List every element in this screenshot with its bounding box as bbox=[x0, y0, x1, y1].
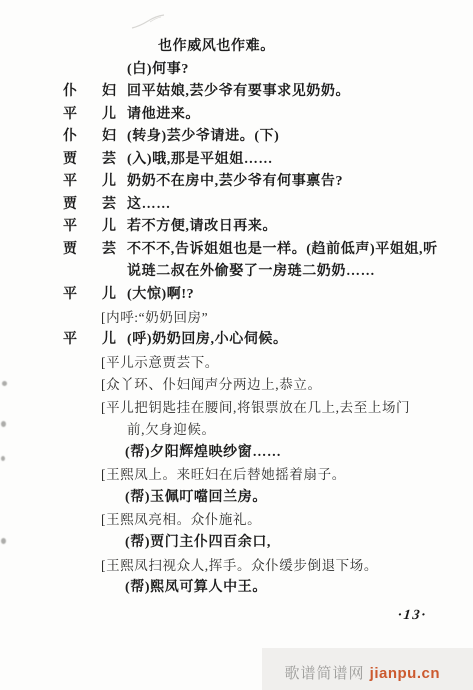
line-text: 请他进来。 bbox=[127, 104, 200, 127]
line-text: 回平姑娘,芸少爷有要事求见奶奶。 bbox=[127, 81, 350, 104]
script-line: (白)何事? bbox=[0, 59, 473, 82]
script-line: 贾芸 这…… bbox=[0, 194, 473, 217]
script-line: 平儿 请他进来。 bbox=[0, 104, 473, 127]
line-text: (入)哦,那是平姐姐…… bbox=[127, 149, 273, 172]
script-line: [王熙凤扫视众人,挥手。众仆缓步倒退下场。 bbox=[0, 555, 473, 578]
script-line: [王熙凤上。来旺妇在后替她摇着扇子。 bbox=[0, 464, 473, 487]
script-line: [众丫环、仆妇闻声分两边上,恭立。 bbox=[0, 374, 473, 397]
script-line: 说琏二叔在外偷娶了一房琏二奶奶…… bbox=[0, 261, 473, 284]
line-text: 这…… bbox=[127, 194, 171, 217]
line-text: [王熙凤扫视众人,挥手。众仆缓步倒退下场。 bbox=[101, 555, 378, 578]
line-text: [王熙凤上。来旺妇在后替她摇着扇子。 bbox=[101, 464, 346, 487]
script-line: (帮)玉佩叮噹回兰房。 bbox=[0, 487, 473, 510]
line-text: (帮)玉佩叮噹回兰房。 bbox=[125, 487, 267, 510]
line-text: (帮)贾门主仆四百余口, bbox=[125, 532, 271, 555]
line-text: [内呼:“奶奶回房” bbox=[101, 307, 208, 330]
line-text: 不不不,告诉姐姐也是一样。(趋前低声)平姐姐,听 bbox=[127, 239, 438, 262]
script-line: (帮)夕阳辉煌映纱窗…… bbox=[0, 442, 473, 465]
script-line: [平儿示意贾芸下。 bbox=[0, 352, 473, 375]
script-line: 贾芸 不不不,告诉姐姐也是一样。(趋前低声)平姐姐,听 bbox=[0, 239, 473, 262]
script-line: 平儿 奶奶不在房中,芸少爷有何事禀告? bbox=[0, 171, 473, 194]
script-line: [王熙凤亮相。众仆施礼。 bbox=[0, 509, 473, 532]
script-line: 平儿 (呼)奶奶回房,小心伺候。 bbox=[0, 329, 473, 352]
script-body: 也作威风也作难。 (白)何事? 仆妇 回平姑娘,芸少爷有要事求见奶奶。 平儿 请… bbox=[0, 36, 473, 600]
watermark-site-name: 歌谱简谱网 bbox=[284, 665, 369, 682]
pencil-squiggle-mark bbox=[130, 12, 170, 32]
line-text: [众丫环、仆妇闻声分两边上,恭立。 bbox=[101, 374, 322, 397]
line-text: (白)何事? bbox=[127, 59, 189, 82]
script-line: 前,欠身迎候。 bbox=[0, 419, 473, 442]
line-text: 奶奶不在房中,芸少爷有何事禀告? bbox=[127, 171, 343, 194]
script-line: 平儿 (大惊)啊!? bbox=[0, 284, 473, 307]
page-number: ·13· bbox=[397, 608, 445, 624]
line-text: (呼)奶奶回房,小心伺候。 bbox=[127, 329, 288, 352]
line-text: (大惊)啊!? bbox=[127, 284, 194, 307]
script-line: 仆妇 (转身)芸少爷请进。(下) bbox=[0, 126, 473, 149]
line-text: 若不方便,请改日再来。 bbox=[127, 216, 277, 239]
script-line: 也作威风也作难。 bbox=[0, 36, 473, 59]
line-text: [平儿示意贾芸下。 bbox=[101, 352, 219, 375]
script-line: (帮)熙凤可算人中王。 bbox=[0, 577, 473, 600]
line-text: (转身)芸少爷请进。(下) bbox=[127, 126, 279, 149]
line-text: (帮)熙凤可算人中王。 bbox=[125, 577, 267, 600]
script-line: [平儿把钥匙挂在腰间,将银票放在几上,去至上场门 bbox=[0, 397, 473, 420]
line-text: [平儿把钥匙挂在腰间,将银票放在几上,去至上场门 bbox=[101, 397, 410, 420]
watermark-site-url: jianpu.cn bbox=[370, 665, 440, 682]
watermark: 歌谱简谱网 jianpu.cn bbox=[284, 662, 440, 683]
script-line: 平儿 若不方便,请改日再来。 bbox=[0, 216, 473, 239]
line-text: 也作威风也作难。 bbox=[158, 36, 275, 59]
script-line: (帮)贾门主仆四百余口, bbox=[0, 532, 473, 555]
script-line: 贾芸 (入)哦,那是平姐姐…… bbox=[0, 149, 473, 172]
line-text: (帮)夕阳辉煌映纱窗…… bbox=[125, 442, 282, 465]
script-line: [内呼:“奶奶回房” bbox=[0, 307, 473, 330]
scanned-script-page: 也作威风也作难。 (白)何事? 仆妇 回平姑娘,芸少爷有要事求见奶奶。 平儿 请… bbox=[0, 0, 473, 690]
line-text: 说琏二叔在外偷娶了一房琏二奶奶…… bbox=[127, 261, 375, 284]
line-text: [王熙凤亮相。众仆施礼。 bbox=[101, 509, 261, 532]
script-line: 仆妇 回平姑娘,芸少爷有要事求见奶奶。 bbox=[0, 81, 473, 104]
line-text: 前,欠身迎候。 bbox=[127, 419, 216, 442]
